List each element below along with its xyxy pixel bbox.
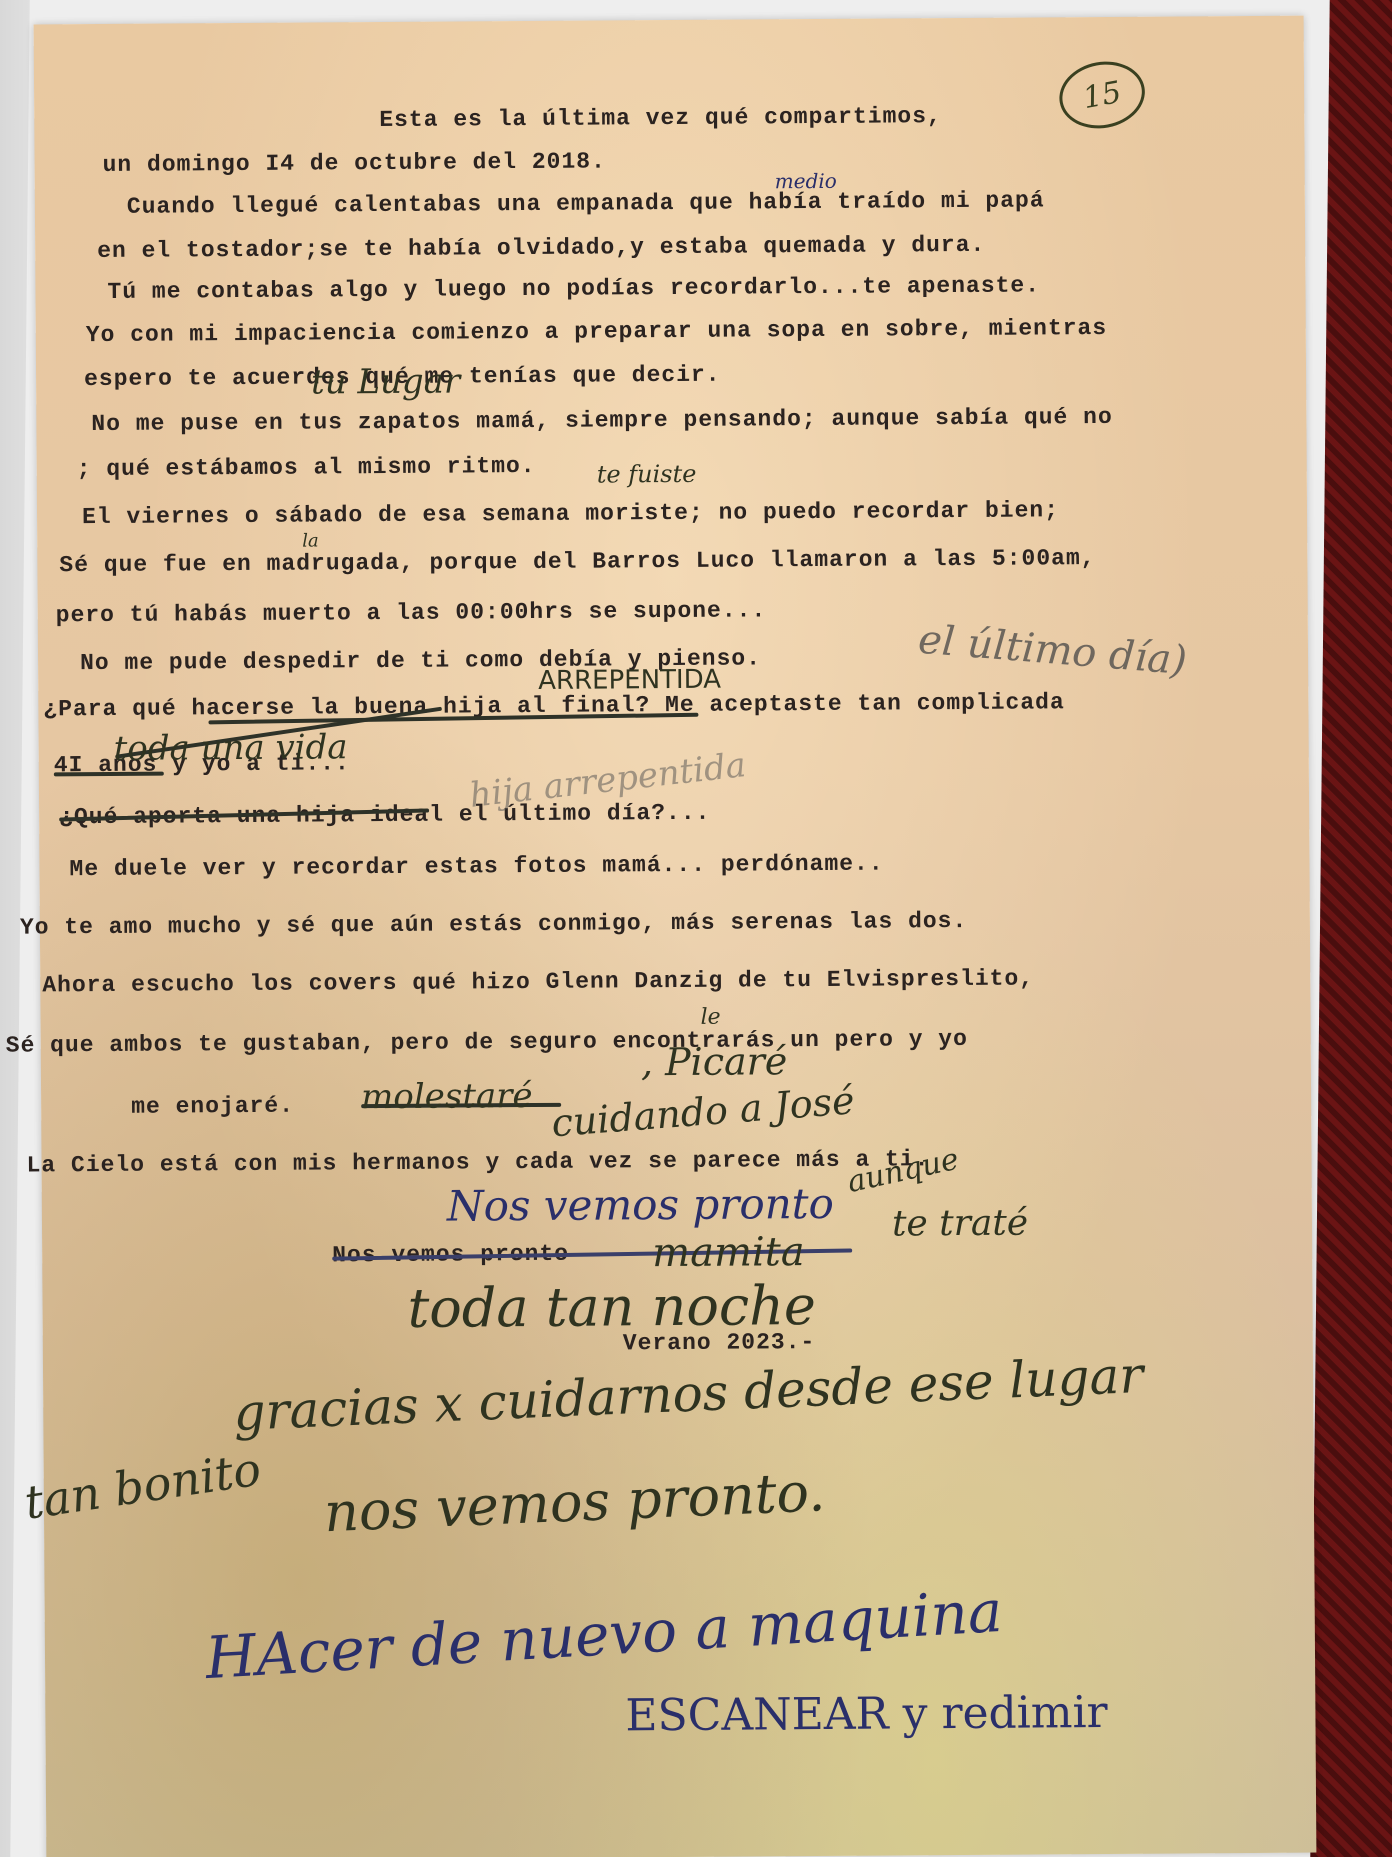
typed-line: El viernes o sábado de esa semana morist… [82,497,1059,530]
typed-line: en el tostador;se te había olvidado,y es… [97,232,985,264]
typed-line: Esta es la última vez qué compartimos, [379,103,942,133]
page-number: 15 [1080,74,1124,115]
page-number-circle: 15 [1054,55,1151,135]
typed-line: Cuando llegué calentabas una empanada qu… [127,187,1045,219]
typed-line: No me puse en tus zapatos mamá, siempre … [91,404,1113,437]
handwritten-note: tan bonito [21,1442,264,1530]
typed-line: ; qué estábamos al mismo ritmo. [77,453,536,482]
typed-letter-page: 15 Esta es la última vez qué compartimos… [34,16,1317,1857]
handwritten-note: gracias x cuidarnos desde ese lugar [232,1346,1144,1442]
handwritten-note: toda tan noche [407,1274,816,1340]
handwritten-note: molestaré [361,1076,533,1117]
typed-line: Ahora escucho los covers qué hizo Glenn … [42,965,1034,998]
handwritten-note: el último día) [917,617,1189,684]
handwritten-note: la [302,530,319,551]
handwritten-note: ESCANEAR y redimir [625,1687,1108,1741]
handwritten-note: ARREPENTIDA [538,665,721,696]
handwritten-note: te traté [892,1203,1028,1245]
handwritten-note: mamita [652,1229,805,1276]
handwritten-note: toda una vida [114,727,348,769]
typed-line: pero tú habás muerto a las 00:00hrs se s… [56,597,767,628]
handwritten-note: le [700,1005,720,1030]
handwritten-note: cuidando a José [550,1078,856,1145]
typed-line: Sé que ambos te gustaban, pero de seguro… [6,1026,968,1059]
handwritten-note: nos vemos pronto. [323,1460,827,1544]
typed-line: Yo te amo mucho y sé que aún estás conmi… [20,908,968,941]
typed-line: Sé que fue en madrugada, porque del Barr… [59,545,1095,578]
handwritten-note: , Picaré [641,1039,788,1084]
handwritten-note: Nos vemos pronto [447,1179,834,1231]
typed-line: Yo con mi impaciencia comienzo a prepara… [86,315,1108,348]
typed-line: me enojaré. [131,1093,294,1120]
typed-line: Me duele ver y recordar estas fotos mamá… [69,851,883,883]
typed-line: Tú me contabas algo y luego no podías re… [107,272,1040,305]
handwritten-note: te fuiste [597,460,697,489]
handwritten-note: HAcer de nuevo a maquina [204,1577,1005,1692]
strikethrough [54,772,164,777]
typed-line: un domingo I4 de octubre del 2018. [102,148,605,178]
handwritten-note: tu Lugar [311,361,460,402]
handwritten-note: medio [775,169,837,193]
typed-line: La Cielo está con mis hermanos y cada ve… [26,1146,929,1178]
